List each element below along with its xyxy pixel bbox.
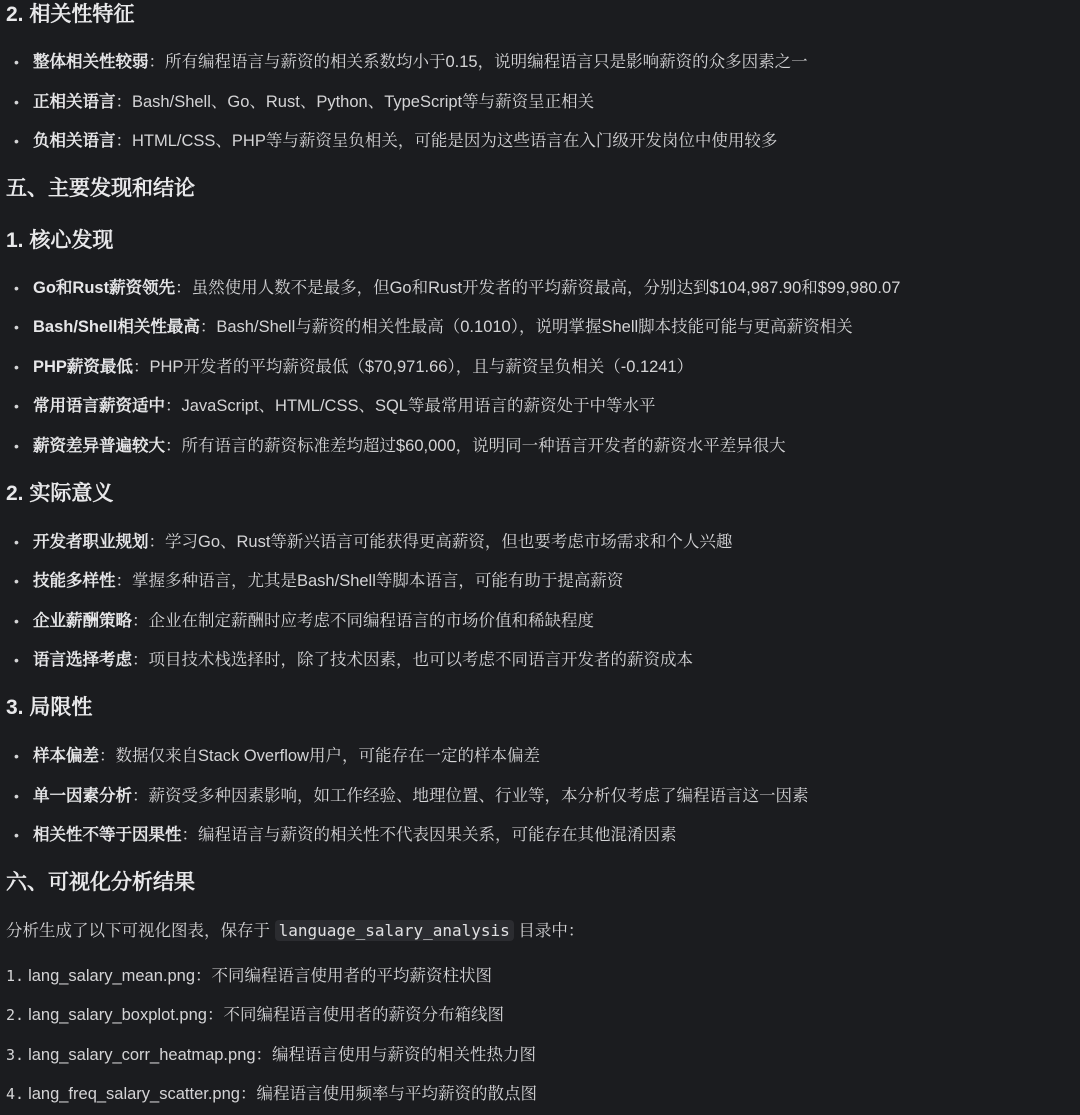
item-label: 负相关语言 <box>33 132 116 150</box>
bullet-icon: • <box>14 823 33 847</box>
bullet-icon: • <box>14 315 33 339</box>
visualization-intro: 分析生成了以下可视化图表，保存于 language_salary_analysi… <box>6 919 584 943</box>
item-text: ：虽然使用人数不是最多，但Go和Rust开发者的平均薪资最高，分别达到$104,… <box>175 279 900 297</box>
item-label: 相关性不等于因果性 <box>33 826 182 844</box>
file-name: lang_salary_boxplot.png <box>28 1006 207 1024</box>
item-label: 单一因素分析 <box>33 787 132 805</box>
list-item: •企业薪酬策略：企业在制定薪酬时应考虑不同编程语言的市场价值和稀缺程度 <box>14 609 594 633</box>
item-label: 开发者职业规划 <box>33 533 149 551</box>
item-label: 正相关语言 <box>33 93 116 111</box>
bullet-icon: • <box>14 394 33 418</box>
item-label: 技能多样性 <box>33 572 116 590</box>
bullet-icon: • <box>14 129 33 153</box>
heading-findings: 五、主要发现和结论 <box>6 175 195 203</box>
item-label: 薪资差异普遍较大 <box>33 437 165 455</box>
bullet-icon: • <box>14 50 33 74</box>
list-number: 4. <box>6 1085 24 1103</box>
item-text: ：Bash/Shell、Go、Rust、Python、TypeScript等与薪… <box>116 93 595 111</box>
file-list-item: 4.lang_freq_salary_scatter.png：编程语言使用频率与… <box>6 1082 537 1106</box>
bullet-icon: • <box>14 90 33 114</box>
item-label: Go和Rust薪资领先 <box>33 279 175 297</box>
list-item: •常用语言薪资适中：JavaScript、HTML/CSS、SQL等最常用语言的… <box>14 394 655 418</box>
list-item: •开发者职业规划：学习Go、Rust等新兴语言可能获得更高薪资，但也要考虑市场需… <box>14 530 732 554</box>
bullet-icon: • <box>14 744 33 768</box>
heading-visualization: 六、可视化分析结果 <box>6 869 195 897</box>
list-item: •样本偏差：数据仅来自Stack Overflow用户，可能存在一定的样本偏差 <box>14 744 540 768</box>
item-text: ：数据仅来自Stack Overflow用户，可能存在一定的样本偏差 <box>99 747 540 765</box>
intro-text-end: 目录中： <box>518 922 584 940</box>
file-name: lang_salary_corr_heatmap.png <box>28 1046 255 1064</box>
file-desc: ：编程语言使用频率与平均薪资的散点图 <box>240 1085 537 1103</box>
item-label: Bash/Shell相关性最高 <box>33 318 200 336</box>
list-number: 2. <box>6 1006 24 1024</box>
list-item: •PHP薪资最低：PHP开发者的平均薪资最低（$70,971.66），且与薪资呈… <box>14 355 693 379</box>
item-text: ：所有语言的薪资标准差均超过$60,000，说明同一种语言开发者的薪资水平差异很… <box>165 437 786 455</box>
item-label: 样本偏差 <box>33 747 99 765</box>
list-item: •整体相关性较弱：所有编程语言与薪资的相关系数均小于0.15，说明编程语言只是影… <box>14 50 808 74</box>
item-text: ：薪资受多种因素影响，如工作经验、地理位置、行业等，本分析仅考虑了编程语言这一因… <box>132 787 809 805</box>
intro-text: 分析生成了以下可视化图表，保存于 <box>6 922 270 940</box>
file-name: lang_freq_salary_scatter.png <box>28 1085 240 1103</box>
list-item: •Bash/Shell相关性最高：Bash/Shell与薪资的相关性最高（0.1… <box>14 315 853 339</box>
list-item: •单一因素分析：薪资受多种因素影响，如工作经验、地理位置、行业等，本分析仅考虑了… <box>14 784 809 808</box>
list-item: •语言选择考虑：项目技术栈选择时，除了技术因素，也可以考虑不同语言开发者的薪资成… <box>14 648 693 672</box>
list-item: •相关性不等于因果性：编程语言与薪资的相关性不代表因果关系，可能存在其他混淆因素 <box>14 823 677 847</box>
file-name: lang_salary_mean.png <box>28 967 195 985</box>
list-item: •正相关语言：Bash/Shell、Go、Rust、Python、TypeScr… <box>14 90 594 114</box>
heading-limitations: 3. 局限性 <box>6 694 92 722</box>
item-label: 企业薪酬策略 <box>33 612 132 630</box>
file-desc: ：不同编程语言使用者的薪资分布箱线图 <box>207 1006 504 1024</box>
item-text: ：编程语言与薪资的相关性不代表因果关系，可能存在其他混淆因素 <box>182 826 677 844</box>
list-number: 3. <box>6 1046 24 1064</box>
heading-core-findings: 1. 核心发现 <box>6 227 113 255</box>
list-item: •Go和Rust薪资领先：虽然使用人数不是最多，但Go和Rust开发者的平均薪资… <box>14 276 900 300</box>
file-desc: ：不同编程语言使用者的平均薪资柱状图 <box>195 967 492 985</box>
inline-code-directory: language_salary_analysis <box>275 920 514 941</box>
list-item: •薪资差异普遍较大：所有语言的薪资标准差均超过$60,000，说明同一种语言开发… <box>14 434 786 458</box>
item-text: ：JavaScript、HTML/CSS、SQL等最常用语言的薪资处于中等水平 <box>165 397 655 415</box>
bullet-icon: • <box>14 276 33 300</box>
item-text: ：项目技术栈选择时，除了技术因素，也可以考虑不同语言开发者的薪资成本 <box>132 651 693 669</box>
item-label: 语言选择考虑 <box>33 651 132 669</box>
item-label: 整体相关性较弱 <box>33 53 149 71</box>
list-item: •技能多样性：掌握多种语言，尤其是Bash/Shell等脚本语言，可能有助于提高… <box>14 569 623 593</box>
bullet-icon: • <box>14 784 33 808</box>
bullet-icon: • <box>14 530 33 554</box>
item-text: ：企业在制定薪酬时应考虑不同编程语言的市场价值和稀缺程度 <box>132 612 594 630</box>
file-desc: ：编程语言使用与薪资的相关性热力图 <box>256 1046 537 1064</box>
bullet-icon: • <box>14 569 33 593</box>
item-text: ：Bash/Shell与薪资的相关性最高（0.1010），说明掌握Shell脚本… <box>200 318 853 336</box>
item-text: ：HTML/CSS、PHP等与薪资呈负相关，可能是因为这些语言在入门级开发岗位中… <box>116 132 778 150</box>
item-text: ：掌握多种语言，尤其是Bash/Shell等脚本语言，可能有助于提高薪资 <box>116 572 624 590</box>
item-text: ：PHP开发者的平均薪资最低（$70,971.66），且与薪资呈负相关（-0.1… <box>133 358 693 376</box>
item-text: ：学习Go、Rust等新兴语言可能获得更高薪资，但也要考虑市场需求和个人兴趣 <box>149 533 733 551</box>
file-list-item: 2.lang_salary_boxplot.png：不同编程语言使用者的薪资分布… <box>6 1003 504 1027</box>
bullet-icon: • <box>14 609 33 633</box>
file-list-item: 3.lang_salary_corr_heatmap.png：编程语言使用与薪资… <box>6 1043 536 1067</box>
heading-correlation-features: 2. 相关性特征 <box>6 1 134 29</box>
list-number: 1. <box>6 967 24 985</box>
list-item: •负相关语言：HTML/CSS、PHP等与薪资呈负相关，可能是因为这些语言在入门… <box>14 129 777 153</box>
item-label: PHP薪资最低 <box>33 358 133 376</box>
bullet-icon: • <box>14 434 33 458</box>
bullet-icon: • <box>14 648 33 672</box>
item-label: 常用语言薪资适中 <box>33 397 165 415</box>
bullet-icon: • <box>14 355 33 379</box>
file-list-item: 1.lang_salary_mean.png：不同编程语言使用者的平均薪资柱状图 <box>6 964 492 988</box>
heading-practical-significance: 2. 实际意义 <box>6 480 113 508</box>
item-text: ：所有编程语言与薪资的相关系数均小于0.15，说明编程语言只是影响薪资的众多因素… <box>149 53 808 71</box>
